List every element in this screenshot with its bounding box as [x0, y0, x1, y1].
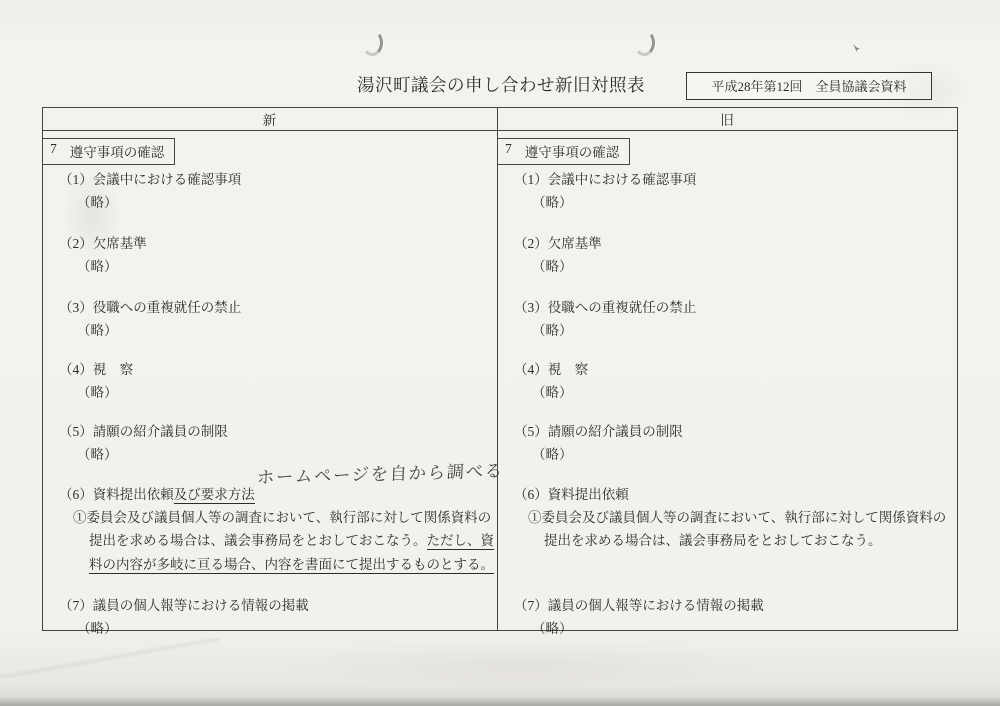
- list-item-label: （2）欠席基準: [59, 232, 147, 252]
- list-item-label: （6）資料提出依頼: [514, 483, 629, 503]
- item6-body-line: ①委員会及び議員個人等の調査において、執行部に対して関係資料の: [528, 506, 946, 526]
- list-item-note: （略）: [77, 617, 118, 637]
- list-item-label: （1）会議中における確認事項: [59, 168, 241, 188]
- list-item-label: （7）議員の個人報等における情報の掲載: [514, 594, 764, 614]
- item6-line2-plain: 提出を求める場合は、議会事務局をとおしておこなう。: [89, 533, 427, 548]
- item6-body-line: 提出を求める場合は、議会事務局をとおしておこなう。: [544, 529, 882, 549]
- list-item-note: （略）: [77, 443, 118, 463]
- column-old: 7 遵守事項の確認 （1）会議中における確認事項 （略） （2）欠席基準 （略）…: [498, 130, 957, 630]
- scanned-document-page: 湯沢町議会の申し合わせ新旧対照表 平成28年第12回 全員協議会資料 新 旧 7…: [0, 0, 1000, 706]
- section-number: 7: [505, 141, 512, 161]
- list-item-note: （略）: [77, 255, 118, 275]
- list-item-label: （3）役職への重複就任の禁止: [514, 296, 696, 316]
- list-item-note: （略）: [77, 381, 118, 401]
- column-new: 7 遵守事項の確認 （1）会議中における確認事項 （略） （2）欠席基準 （略）…: [43, 130, 498, 630]
- list-item-label: （5）請願の紹介議員の制限: [59, 420, 228, 440]
- table-body: 7 遵守事項の確認 （1）会議中における確認事項 （略） （2）欠席基準 （略）…: [43, 130, 957, 630]
- list-item-label: （1）会議中における確認事項: [514, 168, 696, 188]
- item6-body-line: 提出を求める場合は、議会事務局をとおしておこなう。ただし、資: [89, 529, 494, 549]
- page-title: 湯沢町議会の申し合わせ新旧対照表: [357, 72, 645, 97]
- item6-line3-underlined: 料の内容が多岐に亘る場合、内容を書面にて提出するものとする。: [89, 557, 494, 574]
- list-item-note: （略）: [532, 381, 573, 401]
- item6-body-line: 料の内容が多岐に亘る場合、内容を書面にて提出するものとする。: [89, 553, 494, 573]
- list-item-note: （略）: [77, 191, 118, 211]
- document-reference-box: 平成28年第12回 全員協議会資料: [686, 72, 932, 100]
- list-item-label: （6）資料提出依頼及び要求方法: [59, 483, 255, 503]
- list-item-note: （略）: [532, 443, 573, 463]
- column-header-new: 新: [43, 108, 498, 130]
- list-item-note: （略）: [532, 617, 573, 637]
- list-item-note: （略）: [77, 319, 118, 339]
- list-item-label: （2）欠席基準: [514, 232, 602, 252]
- item6-label-plain: （6）資料提出依頼: [59, 487, 174, 502]
- section-number: 7: [50, 141, 57, 161]
- item6-line2-underlined: ただし、資: [427, 533, 495, 550]
- list-item-label: （5）請願の紹介議員の制限: [514, 420, 683, 440]
- old-new-comparison-table: 新 旧 7 遵守事項の確認 （1）会議中における確認事項 （略） （2）欠席基準…: [42, 107, 958, 631]
- list-item-note: （略）: [532, 191, 573, 211]
- paper-crease: [0, 638, 220, 678]
- section-heading-box: 7 遵守事項の確認: [42, 138, 175, 165]
- section-heading-box: 7 遵守事項の確認: [497, 138, 630, 165]
- list-item-note: （略）: [532, 319, 573, 339]
- section-title: 遵守事項の確認: [70, 141, 165, 161]
- list-item-note: （略）: [532, 255, 573, 275]
- table-header-row: 新 旧: [43, 108, 957, 131]
- list-item-label: （4）視 察: [514, 358, 588, 378]
- column-header-old: 旧: [498, 108, 957, 130]
- page-bottom-shadow: [0, 697, 1000, 706]
- list-item-label: （7）議員の個人報等における情報の掲載: [59, 594, 309, 614]
- section-title: 遵守事項の確認: [525, 141, 620, 161]
- item6-label-underlined: 及び要求方法: [174, 487, 255, 504]
- item6-body-line: ①委員会及び議員個人等の調査において、執行部に対して関係資料の: [73, 506, 491, 526]
- list-item-label: （4）視 察: [59, 358, 133, 378]
- list-item-label: （3）役職への重複就任の禁止: [59, 296, 241, 316]
